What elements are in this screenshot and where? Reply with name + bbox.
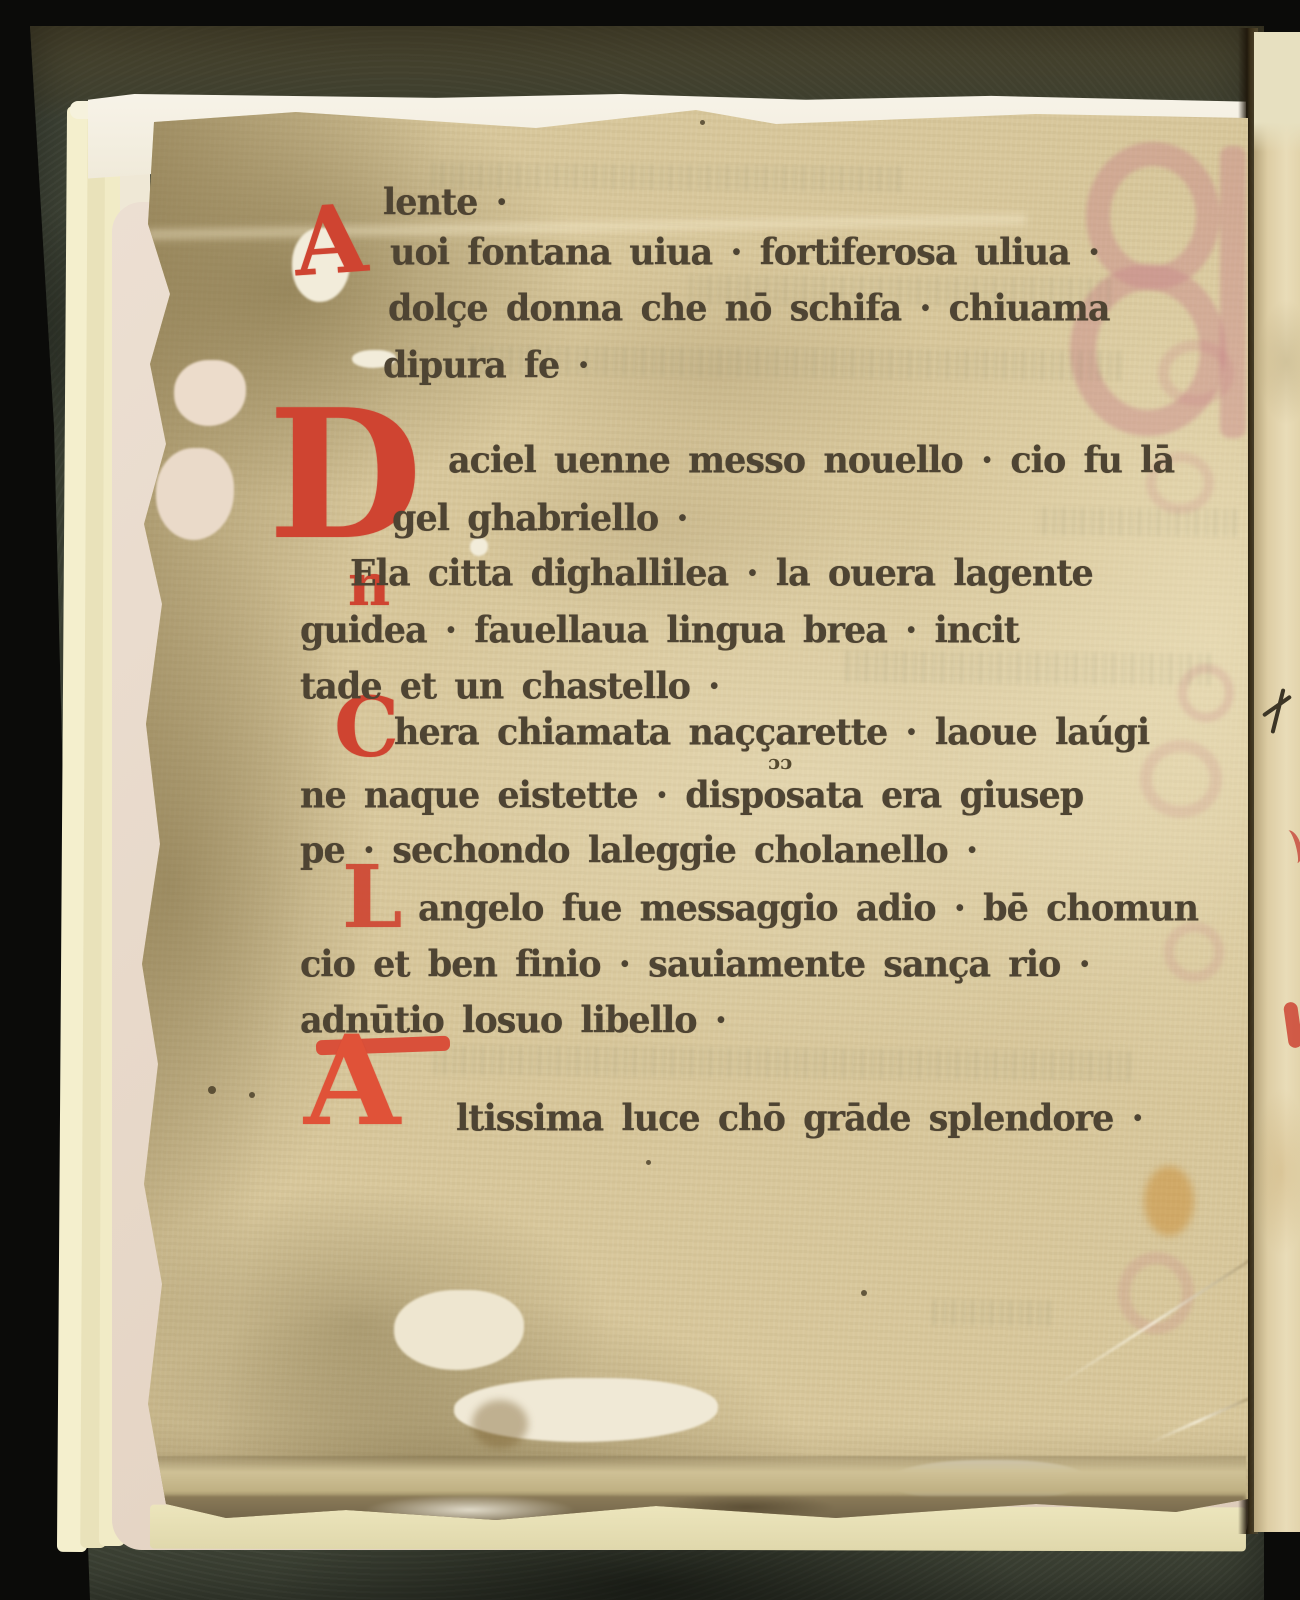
ink-speck [646,1160,651,1165]
text-line: ltissima luce chō grāde splendore · [456,1097,1143,1140]
show-through-text [430,1045,1130,1081]
text-line: hera chiamata naççarette · laoue laúgi [394,711,1149,754]
repair-patch [174,360,246,426]
crease-line [1147,1397,1249,1444]
ink-speck [249,1092,255,1098]
manuscript-photo: A D n C L A lente · uoi fontana uiua · f… [0,0,1300,1600]
text-line: dipura fe · [383,344,589,387]
text-line: angelo fue messaggio adio · bē chomun [418,887,1198,930]
show-through-text [930,1299,1050,1326]
text-line: uoi fontana uiua · fortiferosa uliua · [390,231,1099,274]
show-through-letter [1158,340,1234,406]
text-line: gel ghabriello · [392,497,688,540]
rubric-initial-A-large: A [304,1032,400,1131]
rubric-initial-L: L [342,864,402,933]
text-line: tade et un chastello · [300,665,719,708]
stain [1144,1166,1194,1236]
facing-page-red-mark [1280,828,1300,865]
text-line: cio et ben finio · sauiamente sança rio … [300,943,1090,986]
show-through-text [840,650,1210,685]
parchment-leaf: A D n C L A lente · uoi fontana uiua · f… [136,104,1248,1524]
facing-page-red-mark [1283,1001,1300,1049]
facing-page-edge [1254,32,1300,1532]
show-through-letter [1164,922,1224,982]
superscript-correction: ɔɔ [768,750,792,774]
text-line: ne naque eistette · disposata era giusep [300,774,1083,817]
ink-speck [208,1086,216,1094]
rubric-initial-A: A [291,202,369,282]
text-line: aciel uenne messo nouello · cio fu lā [448,439,1174,482]
ink-speck [700,120,705,125]
text-line: dolçe donna che nō schifa · chiuama [388,287,1110,330]
text-line: Ela citta dighallilea · la ouera lagente [350,552,1093,595]
text-line: lente · [383,181,507,224]
repair-patch [394,1290,524,1370]
show-through-text [1036,507,1236,537]
text-line: adnūtio losuo libello · [300,999,726,1042]
show-through-letter [1140,740,1222,818]
ink-speck [861,1290,867,1296]
text-line: pe · sechondo laleggie cholanello · [300,829,977,872]
text-line: guidea · fauellaua lingua brea · incit [300,609,1019,652]
repair-patch [156,448,234,540]
stain [472,1400,528,1448]
